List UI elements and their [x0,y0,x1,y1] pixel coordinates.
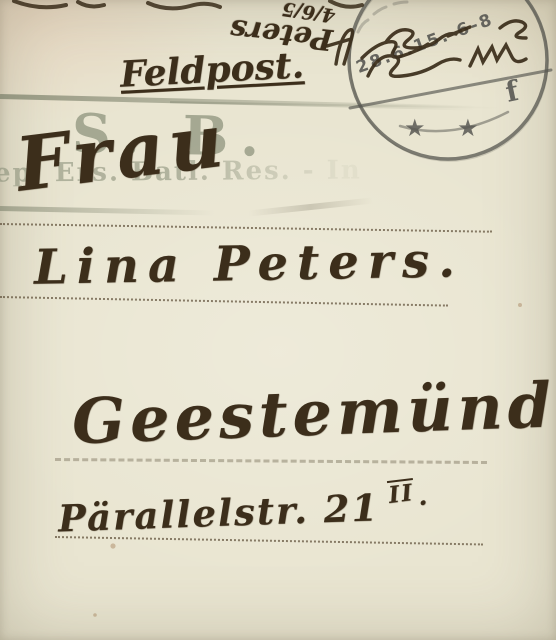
street-line: Pärallelstr. 21II. [57,488,430,538]
scrawl-stroke [336,30,352,64]
address-rule-3 [55,458,487,464]
street-text: Pärallelstr. 21 [57,485,380,540]
recipient-name: Lina Peters. [34,236,465,291]
speck [93,613,97,617]
address-rule-1 [0,223,492,233]
floor-number: II [387,478,416,507]
city: Geestemünde [71,373,556,453]
scrawl-stroke [148,3,220,8]
postmark-town-arc-marks [358,2,407,32]
scrawl-stroke [78,2,104,6]
address-rule-2 [0,296,448,307]
scrawl-stroke [470,45,526,66]
postmark-stars: ★ ★ [404,116,491,140]
scrawl-stroke [500,21,526,38]
grey-smudge [248,197,373,216]
postmark-index-letter: f [503,77,521,107]
stamp-box-bottom-line [0,206,215,216]
feldpost-label: Feldpost. [119,47,305,93]
salutation: Frau [12,103,231,202]
floor-period: . [418,484,430,510]
scrawl-stroke [14,1,66,7]
postmark-date: 28.6.15. 6-8 [354,11,496,77]
feldpost-postcard-scan: S. B. ep. Ers. Batl. Res. - In 28.6.15. … [0,0,556,640]
postmark-chord [350,70,551,108]
speck [518,303,522,307]
speck [110,543,115,548]
